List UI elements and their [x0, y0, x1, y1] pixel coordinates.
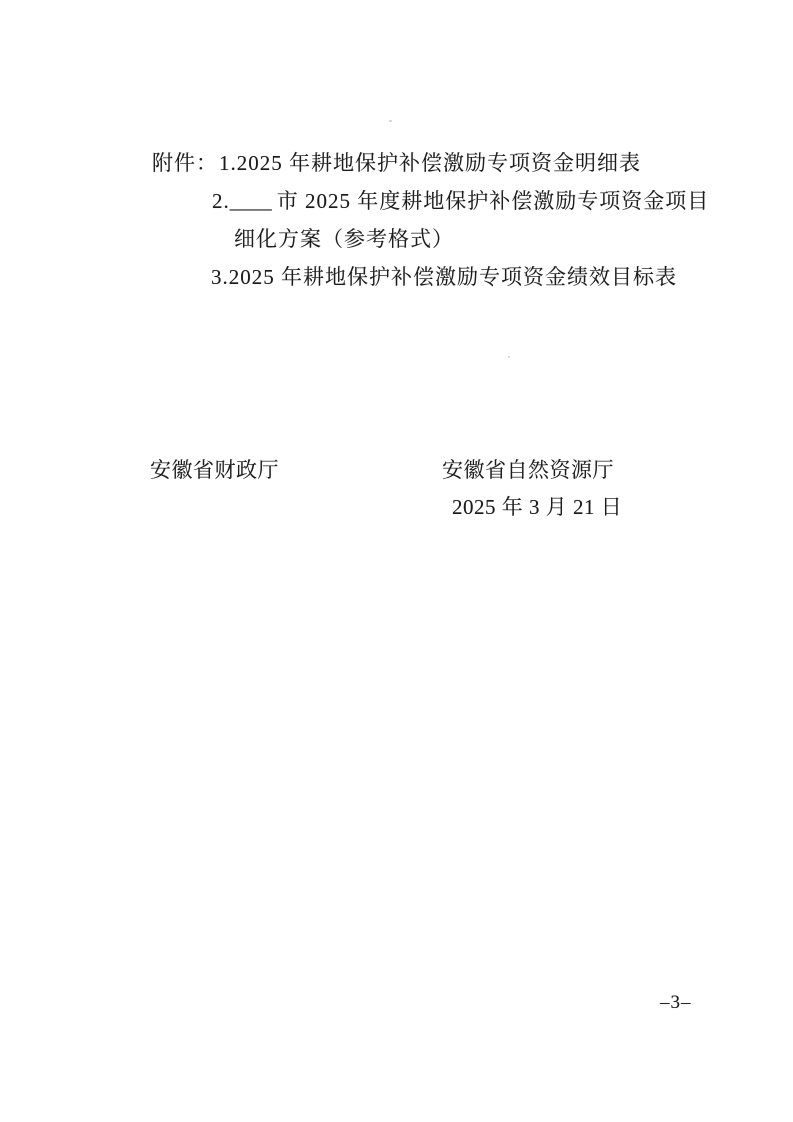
attachment-item-2-text: 市 2025 年度耕地保护补偿激励专项资金项目 [277, 189, 710, 213]
fill-in-blank: ____ [230, 182, 277, 220]
attachment-item-3: 3.2025 年耕地保护补偿激励专项资金绩效目标表 [211, 265, 677, 289]
scan-speck [389, 120, 392, 122]
attachments-block: 附件：1.2025 年耕地保护补偿激励专项资金明细表 2.____市 2025 … [0, 144, 793, 296]
attachment-line-1: 附件：1.2025 年耕地保护补偿激励专项资金明细表 [0, 144, 793, 182]
attachment-item-2-number: 2. [212, 189, 230, 213]
document-page: 附件：1.2025 年耕地保护补偿激励专项资金明细表 2.____市 2025 … [0, 0, 793, 1122]
attachments-label: 附件： [152, 151, 218, 175]
signature-right-agency: 安徽省自然资源厅 [442, 458, 614, 482]
scan-speck [508, 356, 510, 358]
page-number: –3– [660, 992, 692, 1014]
signature-date: 2025 年 3 月 21 日 [452, 495, 622, 519]
attachment-line-3: 细化方案（参考格式） [0, 220, 793, 258]
attachment-item-1: 1.2025 年耕地保护补偿激励专项资金明细表 [219, 151, 641, 175]
attachment-item-2-continuation: 细化方案（参考格式） [234, 227, 454, 251]
attachment-line-4: 3.2025 年耕地保护补偿激励专项资金绩效目标表 [0, 258, 793, 296]
attachment-line-2: 2.____市 2025 年度耕地保护补偿激励专项资金项目 [0, 182, 793, 220]
signature-left-agency: 安徽省财政厅 [150, 458, 279, 482]
